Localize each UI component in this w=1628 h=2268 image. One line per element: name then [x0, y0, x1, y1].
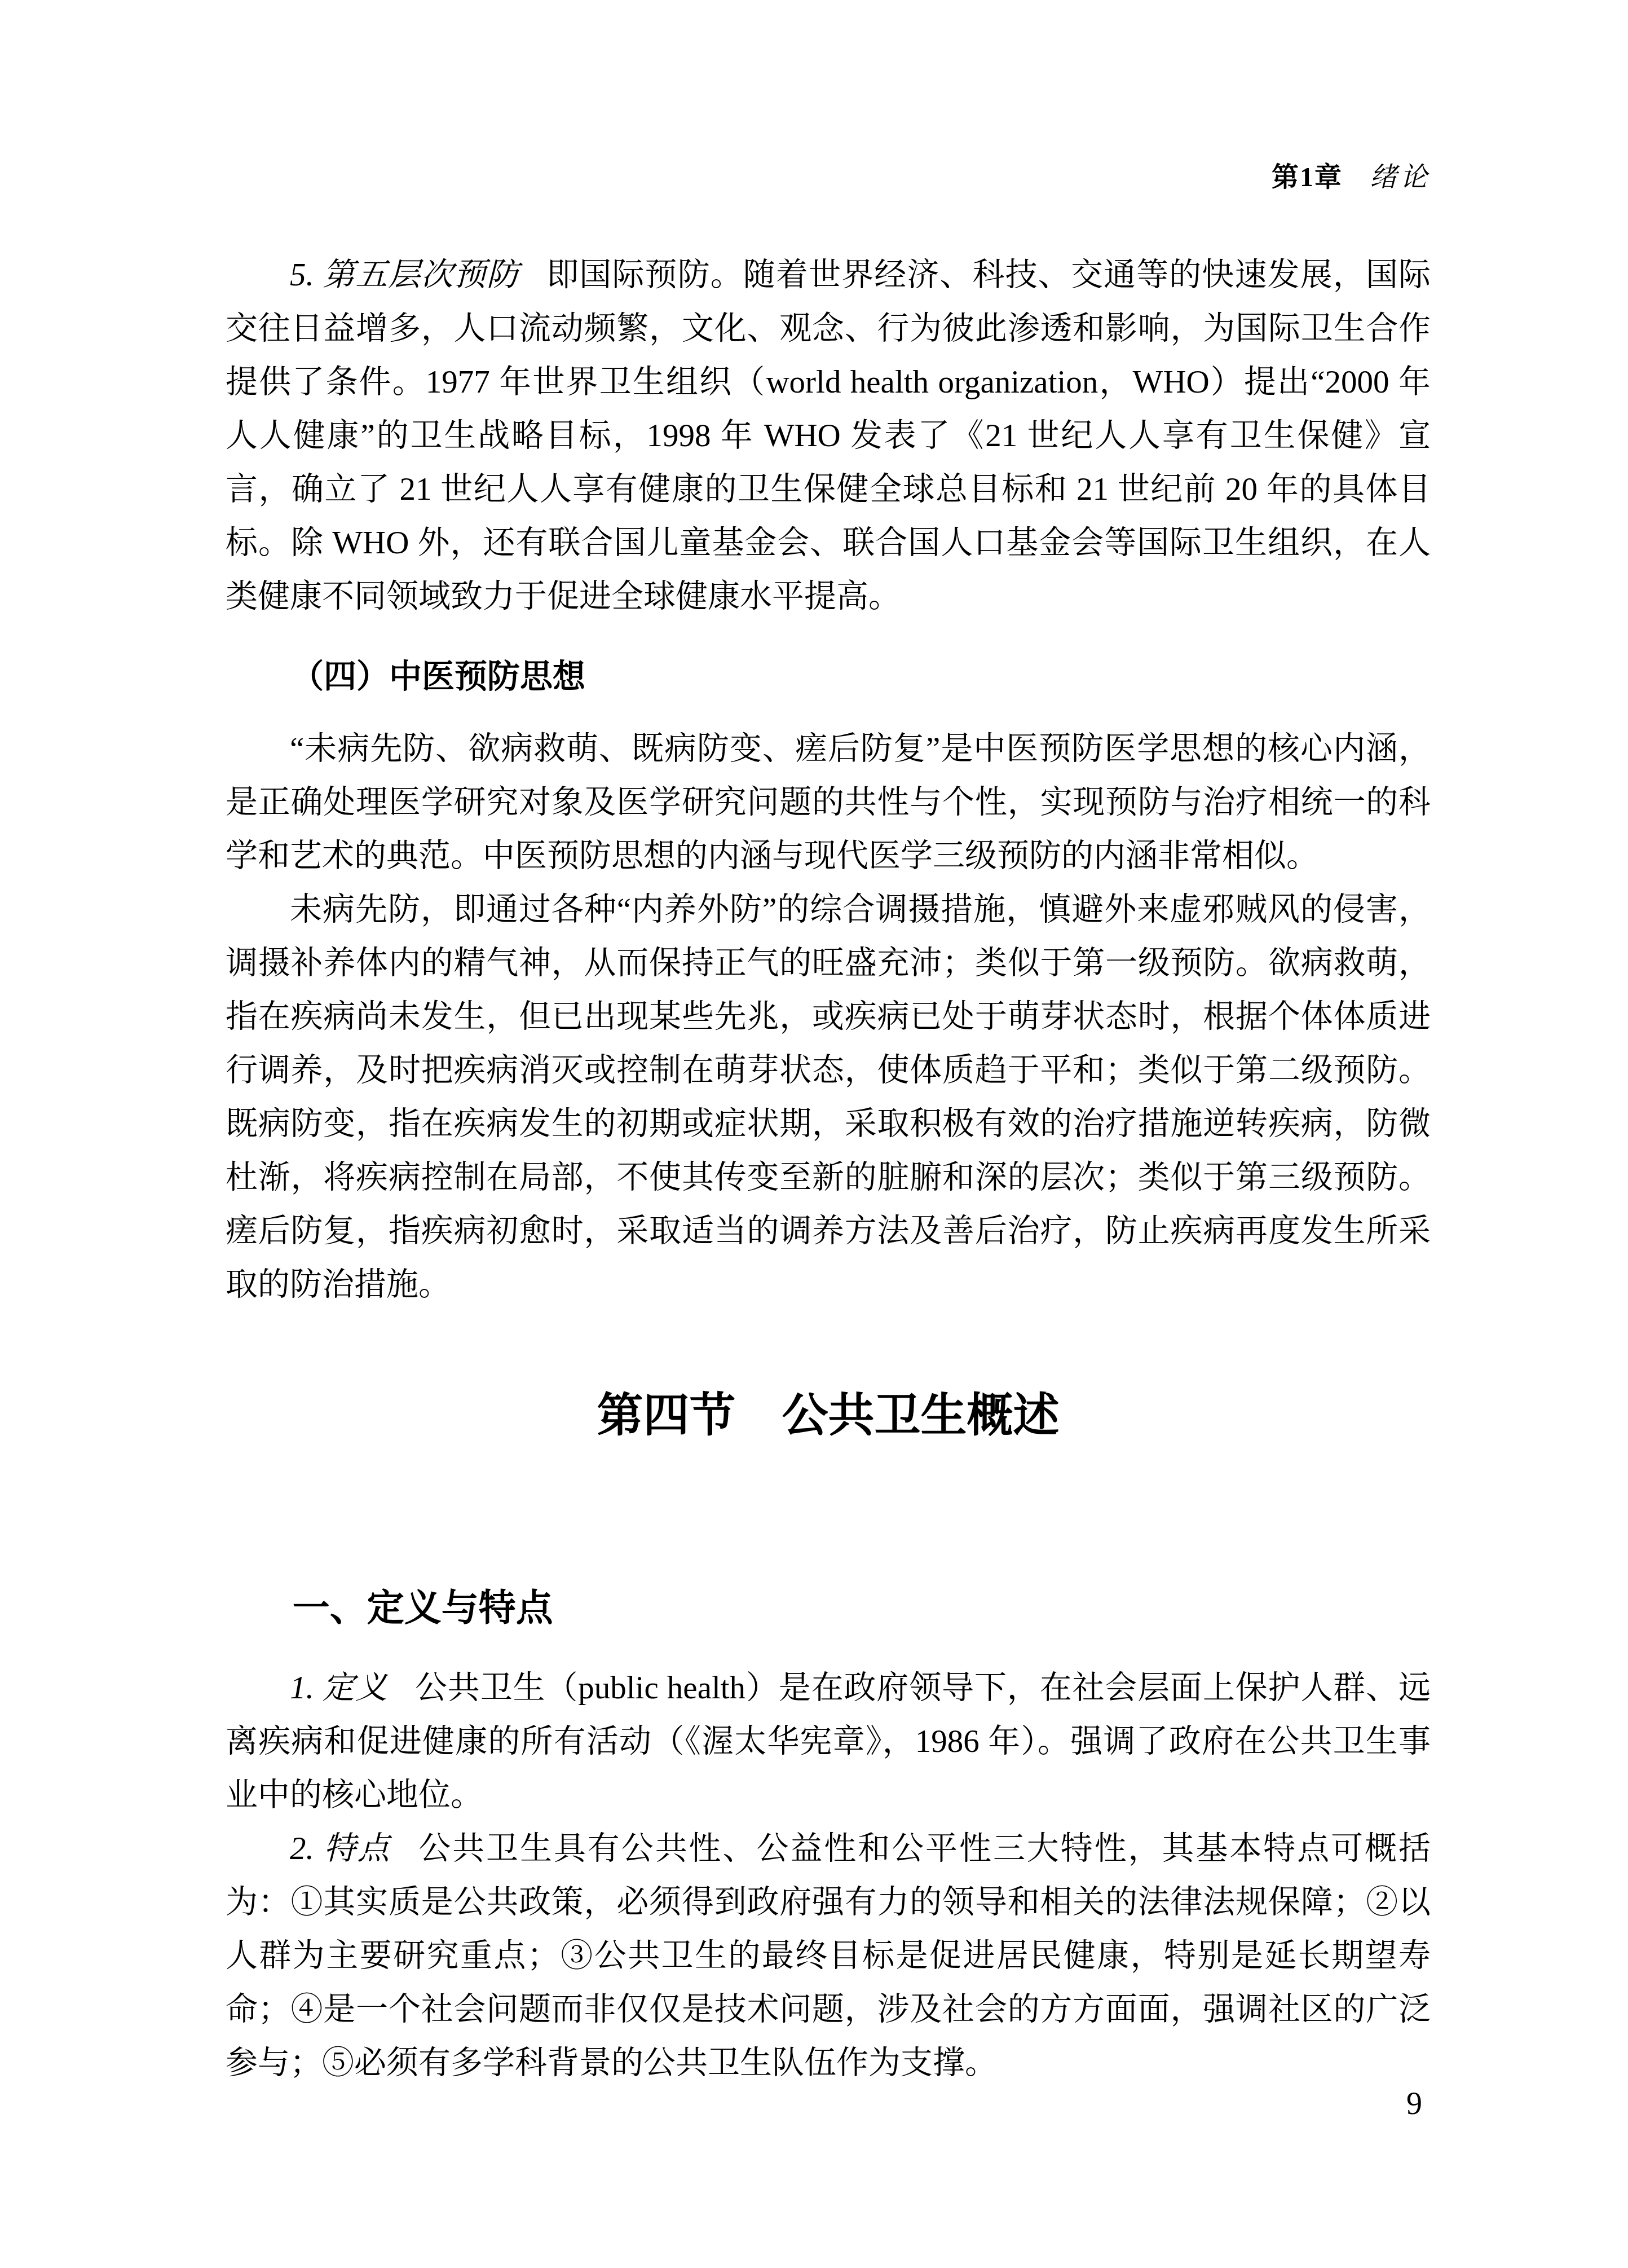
chapter-title: 绪论 — [1370, 162, 1431, 192]
subsection-title-definition-features: 一、定义与特点 — [226, 1582, 1431, 1633]
page-number: 9 — [1406, 2087, 1422, 2121]
paragraph-tcm-core-concept: “未病先防、欲病救萌、既病防变、瘥后防复”是中医预防医学思想的核心内涵，是正确处… — [226, 722, 1431, 883]
chapter-label: 第1章 — [1272, 162, 1343, 192]
page-header: 第1章绪论 — [226, 161, 1431, 195]
document-page: 第1章绪论 5. 第五层次预防即国际预防。随着世界经济、科技、交通等的快速发展，… — [0, 0, 1628, 2268]
paragraph-text: 即国际预防。随着世界经济、科技、交通等的快速发展，国际交往日益增多，人口流动频繁… — [226, 257, 1431, 614]
paragraph-text: 公共卫生具有公共性、公益性和公平性三大特性，其基本特点可概括为：①其实质是公共政… — [226, 1831, 1431, 2081]
paragraph-definition: 1. 定义公共卫生（public health）是在政府领导下，在社会层面上保护… — [226, 1661, 1431, 1822]
paragraph-features: 2. 特点公共卫生具有公共性、公益性和公平性三大特性，其基本特点可概括为：①其实… — [226, 1822, 1431, 2090]
run-in-heading-features: 2. 特点 — [290, 1831, 391, 1866]
section-title-public-health-overview: 第四节 公共卫生概述 — [226, 1385, 1431, 1447]
paragraph-fifth-level-prevention: 5. 第五层次预防即国际预防。随着世界经济、科技、交通等的快速发展，国际交往日益… — [226, 248, 1431, 623]
paragraph-text: 公共卫生（public health）是在政府领导下，在社会层面上保护人群、远离… — [226, 1670, 1431, 1813]
run-in-heading-fifth-level: 5. 第五层次预防 — [290, 257, 519, 293]
run-in-heading-definition: 1. 定义 — [290, 1670, 388, 1706]
heading-tcm-prevention-thought: （四）中医预防思想 — [226, 654, 1431, 699]
paragraph-tcm-four-principles: 未病先防，即通过各种“内养外防”的综合调摄措施，慎避外来虚邪贼风的侵害，调摄补养… — [226, 883, 1431, 1311]
